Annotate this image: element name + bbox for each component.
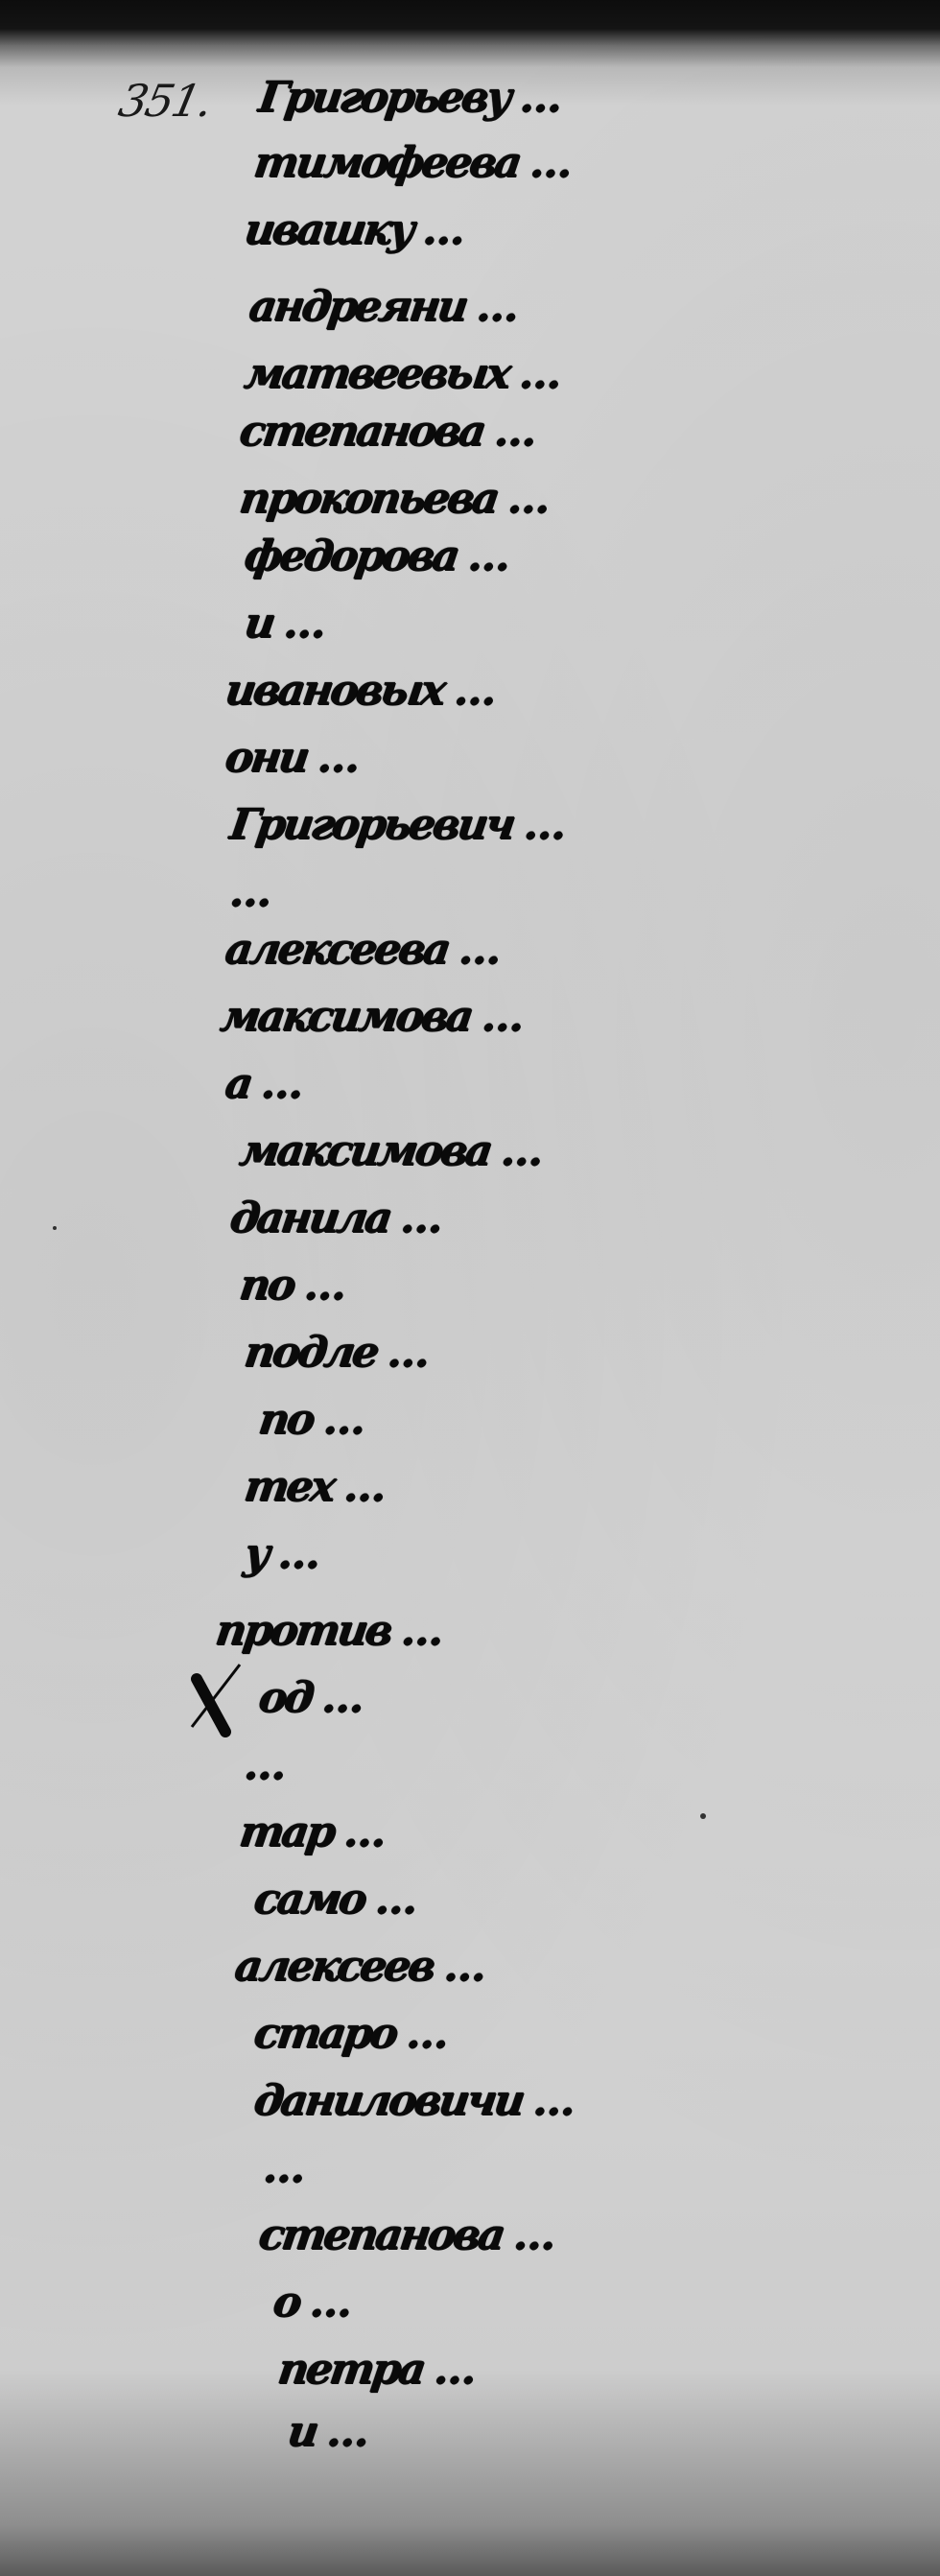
- handwritten-line: само …: [250, 1871, 419, 1928]
- handwritten-line: Григорьевич …: [226, 796, 568, 854]
- handwritten-line: андреяни …: [246, 278, 521, 336]
- handwritten-line: они …: [222, 729, 362, 787]
- handwritten-line: о …: [270, 2274, 354, 2331]
- handwritten-line: петра …: [274, 2341, 479, 2399]
- handwritten-line: прокопьева …: [236, 470, 552, 528]
- folio-number: 351.: [114, 75, 216, 127]
- handwritten-line: Григорьеву …: [255, 69, 564, 127]
- handwritten-line: максимова …: [236, 1123, 545, 1180]
- handwritten-line: подле …: [241, 1324, 432, 1382]
- handwritten-line: …: [241, 1737, 288, 1794]
- handwritten-line: и …: [241, 595, 328, 652]
- handwritten-line: даниловичи …: [250, 2072, 577, 2130]
- handwritten-line: максимова …: [217, 988, 526, 1046]
- handwritten-line: старо …: [250, 2005, 451, 2063]
- manuscript-page: 351. Григорьеву …тимофеева …ивашку …андр…: [0, 0, 940, 2576]
- handwritten-line: против …: [212, 1602, 445, 1660]
- handwritten-line: данила …: [226, 1190, 445, 1247]
- handwritten-line: и …: [284, 2403, 371, 2461]
- handwritten-line: алексеев …: [231, 1938, 488, 1996]
- handwritten-line: тимофеева …: [250, 134, 575, 192]
- handwritten-line: ивашку …: [241, 201, 467, 259]
- handwritten-line: ивановых …: [222, 662, 498, 720]
- handwritten-line: матвеевых …: [241, 345, 563, 403]
- handwritten-line: по …: [255, 1391, 367, 1449]
- ink-speck: [700, 1813, 706, 1819]
- ink-speck: [53, 1226, 57, 1230]
- margin-mark: [187, 1660, 245, 1746]
- handwritten-line: у …: [241, 1525, 322, 1583]
- handwritten-line: …: [260, 2139, 307, 2197]
- handwritten-line: федорова …: [241, 528, 512, 585]
- handwritten-line: степанова …: [255, 2207, 557, 2264]
- handwritten-line: а …: [222, 1055, 305, 1113]
- handwritten-line: по …: [236, 1257, 348, 1314]
- handwritten-line: од …: [255, 1669, 366, 1727]
- handwritten-line: тар …: [236, 1804, 388, 1861]
- handwritten-line: тех …: [241, 1458, 388, 1516]
- handwritten-line: алексеева …: [222, 921, 503, 979]
- handwritten-line: …: [226, 863, 273, 921]
- handwritten-line: степанова …: [236, 403, 538, 461]
